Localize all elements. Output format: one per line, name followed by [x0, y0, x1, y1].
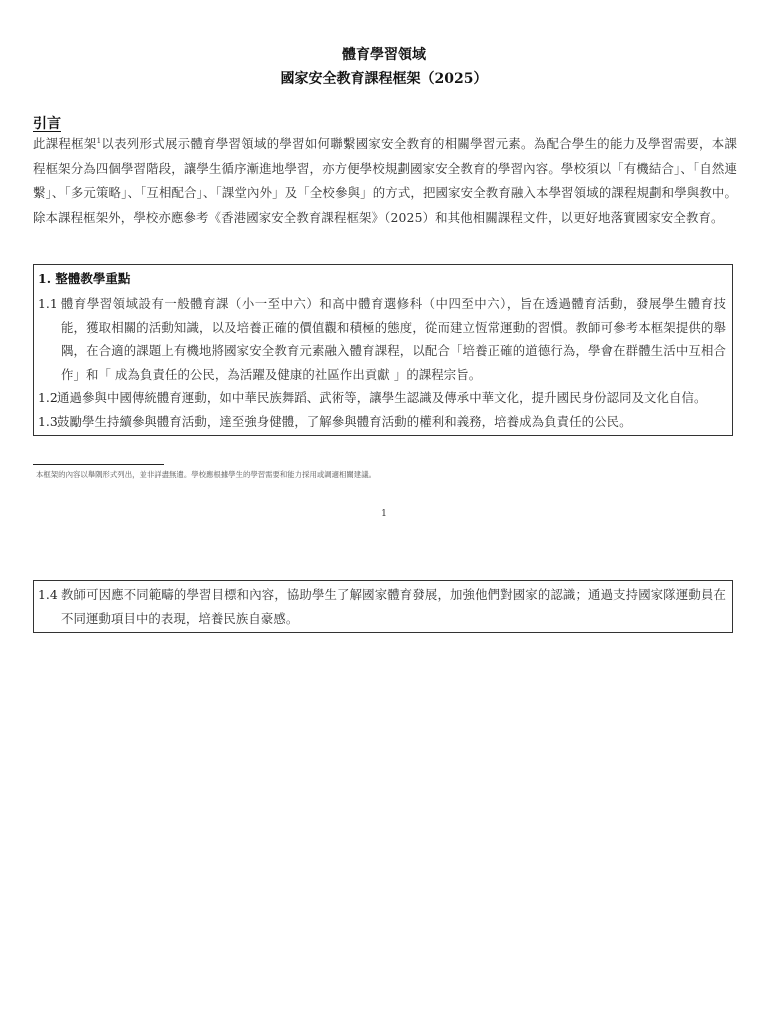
- item-text: 體育學習領域設有一般體育課（小一至中六）和高中體育選修科（中四至中六），旨在透過…: [61, 292, 726, 386]
- item-number: 1.2: [38, 386, 57, 410]
- intro-text-rest: 以表列形式展示體育學習領域的學習如何聯繫國家安全教育的相關學習元素。為配合學生的…: [33, 136, 737, 225]
- focus-item-1-1: 1.1 體育學習領域設有一般體育課（小一至中六）和高中體育選修科（中四至中六），…: [34, 292, 732, 386]
- intro-paragraph: 此課程框架1以表列形式展示體育學習領域的學習如何聯繫國家安全教育的相關學習元素。…: [33, 132, 737, 230]
- item-text: 教師可因應不同範疇的學習目標和內容，協助學生了解國家體育發展，加強他們對國家的認…: [61, 583, 726, 630]
- focus-item-1-2: 1.2 通過參與中國傳統體育運動，如中華民族舞蹈、武術等，讓學生認識及傳承中華文…: [34, 386, 732, 410]
- footnote: 本框架的內容以舉隅形式列出，並非詳盡無遺。學校應根據學生的學習需要和能力採用或調…: [36, 469, 376, 480]
- overall-teaching-focus-continued-box: 1.4 教師可因應不同範疇的學習目標和內容，協助學生了解國家體育發展，加強他們對…: [33, 580, 733, 633]
- document-title: 體育學習領域 國家安全教育課程框架（2025）: [0, 43, 768, 91]
- intro-heading: 引言: [33, 113, 61, 133]
- overall-teaching-focus-box: 1. 整體教學重點 1.1 體育學習領域設有一般體育課（小一至中六）和高中體育選…: [33, 264, 733, 436]
- page-number: 1: [0, 509, 768, 519]
- footnote-text: 本框架的內容以舉隅形式列出，並非詳盡無遺。學校應根據學生的學習需要和能力採用或調…: [36, 470, 376, 479]
- section-heading: 1. 整體教學重點: [34, 265, 732, 292]
- item-number: 1.4: [38, 583, 61, 630]
- footnote-divider: [33, 464, 164, 465]
- title-framework: 國家安全教育課程框架（2025）: [0, 67, 768, 91]
- intro-text-start: 此課程框架: [33, 136, 97, 151]
- item-text: 通過參與中國傳統體育運動，如中華民族舞蹈、武術等，讓學生認識及傳承中華文化，提升…: [57, 386, 726, 410]
- item-number: 1.3: [38, 410, 57, 434]
- item-number: 1.1: [38, 292, 61, 386]
- focus-item-1-4: 1.4 教師可因應不同範疇的學習目標和內容，協助學生了解國家體育發展，加強他們對…: [34, 581, 732, 632]
- item-text: 鼓勵學生持續參與體育活動，達至強身健體，了解參與體育活動的權利和義務，培養成為負…: [57, 410, 726, 434]
- title-learning-area: 體育學習領域: [0, 43, 768, 67]
- focus-item-1-3: 1.3 鼓勵學生持續參與體育活動，達至強身健體，了解參與體育活動的權利和義務，培…: [34, 410, 732, 436]
